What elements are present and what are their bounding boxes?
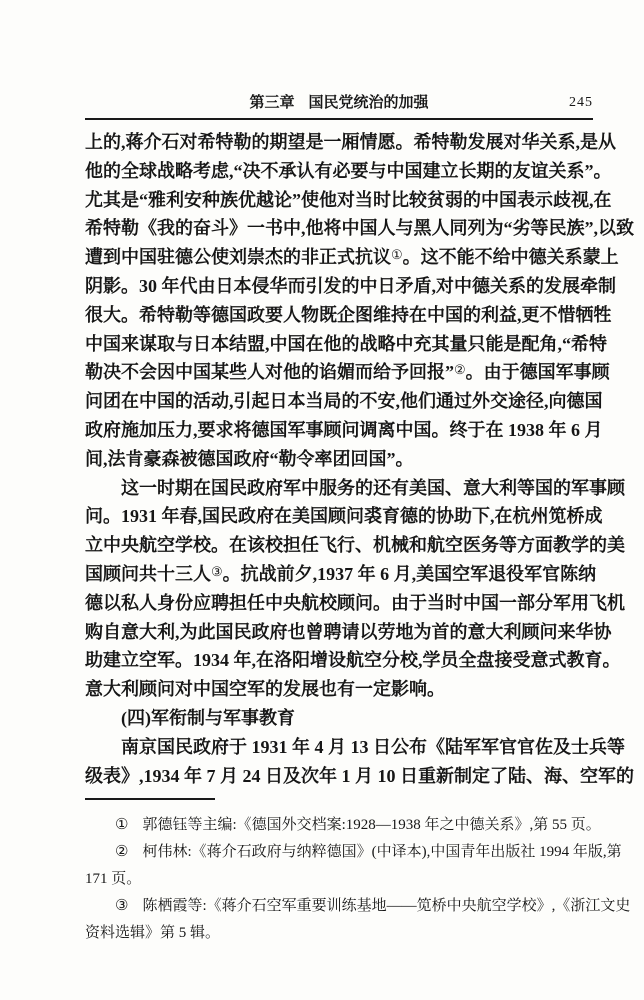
footnote-ref: ②: [454, 362, 466, 377]
body-line: 国顾问共十三人③。抗战前夕,1937 年 6 月,美国空军退役军官陈纳: [85, 560, 593, 589]
body-line: 政府施加压力,要求将德国军事顾问调离中国。终于在 1938 年 6 月: [85, 416, 593, 445]
body-line: 级表》,1934 年 7 月 24 日及次年 1 月 10 日重新制定了陆、海、…: [85, 762, 593, 791]
body-line: 南京国民政府于 1931 年 4 月 13 日公布《陆军军官官佐及士兵等: [85, 733, 593, 762]
footnote-line: ①郭德钰等主编:《德国外交档案:1928—1938 年之中德关系》,第 55 页…: [85, 812, 593, 839]
body-line: 遭到中国驻德公使刘崇杰的非正式抗议①。这不能不给中德关系蒙上: [85, 243, 593, 272]
body-line: 意大利顾问对中国空军的发展也有一定影响。: [85, 675, 593, 704]
footnote-line: ②柯伟林:《蒋介石政府与纳粹德国》(中译本),中国青年出版社 1994 年版,第: [85, 839, 593, 866]
footnote-ref: ③: [211, 564, 223, 579]
body-line: 阴影。30 年代由日本侵华而引发的中日矛盾,对中德关系的发展牵制: [85, 272, 593, 301]
page-number: 245: [569, 93, 593, 113]
body-line: 他的全球战略考虑,“决不承认有必要与中国建立长期的友谊关系”。: [85, 157, 593, 186]
footnote-line: ③陈栖霞等:《蒋介石空军重要训练基地——笕桥中央航空学校》,《浙江文史: [85, 893, 593, 920]
footnote-text: 郭德钰等主编:《德国外交档案:1928—1938 年之中德关系》,第 55 页。: [142, 817, 600, 833]
header-title-group: 第三章国民党统治的加强: [85, 93, 593, 113]
body-line: 助建立空军。1934 年,在洛阳增设航空分校,学员全盘接受意式教育。: [85, 646, 593, 675]
footnote-separator: [85, 798, 215, 800]
body-line: 这一时期在国民政府军中服务的还有美国、意大利等国的军事顾: [85, 474, 593, 503]
body-line: (四)军衔制与军事教育: [85, 704, 593, 733]
body-line: 德以私人身份应聘担任中央航校顾问。由于当时中国一部分军用飞机: [85, 589, 593, 618]
body-line: 购自意大利,为此国民政府也曾聘请以劳地为首的意大利顾问来华协: [85, 618, 593, 647]
chapter-title: 国民党统治的加强: [309, 95, 429, 111]
footnote-text: 陈栖霞等:《蒋介石空军重要训练基地——笕桥中央航空学校》,《浙江文史: [142, 898, 630, 914]
footnote-marker: ①: [115, 817, 128, 833]
body-line: 上的,蒋介石对希特勒的期望是一厢情愿。希特勒发展对华关系,是从: [85, 128, 593, 157]
footnote-text: 资料选辑》第 5 辑。: [85, 925, 220, 941]
body-line: 问。1931 年春,国民政府在美国顾问裘育德的协助下,在杭州笕桥成: [85, 502, 593, 531]
body-line: 尤其是“雅利安种族优越论”使他对当时比较贫弱的中国表示歧视,在: [85, 186, 593, 215]
footnote-text: 171 页。: [85, 871, 141, 887]
body-line: 希特勒《我的奋斗》一书中,他将中国人与黑人同列为“劣等民族”,以致: [85, 214, 593, 243]
chapter-label: 第三章: [249, 95, 294, 111]
body-text: 上的,蒋介石对希特勒的期望是一厢情愿。希特勒发展对华关系,是从他的全球战略考虑,…: [85, 128, 593, 790]
footnotes: ①郭德钰等主编:《德国外交档案:1928—1938 年之中德关系》,第 55 页…: [85, 812, 593, 947]
footnote-ref: ①: [391, 247, 403, 262]
book-page: 第三章国民党统治的加强 245 上的,蒋介石对希特勒的期望是一厢情愿。希特勒发展…: [0, 0, 644, 1000]
body-line: 间,法肯豪森被德国政府“勒令率团回国”。: [85, 445, 593, 474]
footnote-marker: ②: [115, 844, 128, 860]
body-line: 中国来谋取与日本结盟,中国在他的战略中充其量只能是配角,“希特: [85, 330, 593, 359]
footnote-line: 资料选辑》第 5 辑。: [85, 920, 593, 947]
body-line: 问团在中国的活动,引起日本当局的不安,他们通过外交途径,向德国: [85, 387, 593, 416]
body-line: 立中央航空学校。在该校担任飞行、机械和航空医务等方面教学的美: [85, 531, 593, 560]
footnote-marker: ③: [115, 898, 128, 914]
running-header: 第三章国民党统治的加强 245: [85, 93, 593, 113]
body-line: 很大。希特勒等德国政要人物既企图维持在中国的利益,更不惜牺牲: [85, 301, 593, 330]
footnote-line: 171 页。: [85, 866, 593, 893]
header-rule: [85, 118, 593, 120]
footnote-text: 柯伟林:《蒋介石政府与纳粹德国》(中译本),中国青年出版社 1994 年版,第: [142, 844, 621, 860]
body-line: 勒决不会因中国某些人对他的谄媚而给予回报”②。由于德国军事顾: [85, 358, 593, 387]
